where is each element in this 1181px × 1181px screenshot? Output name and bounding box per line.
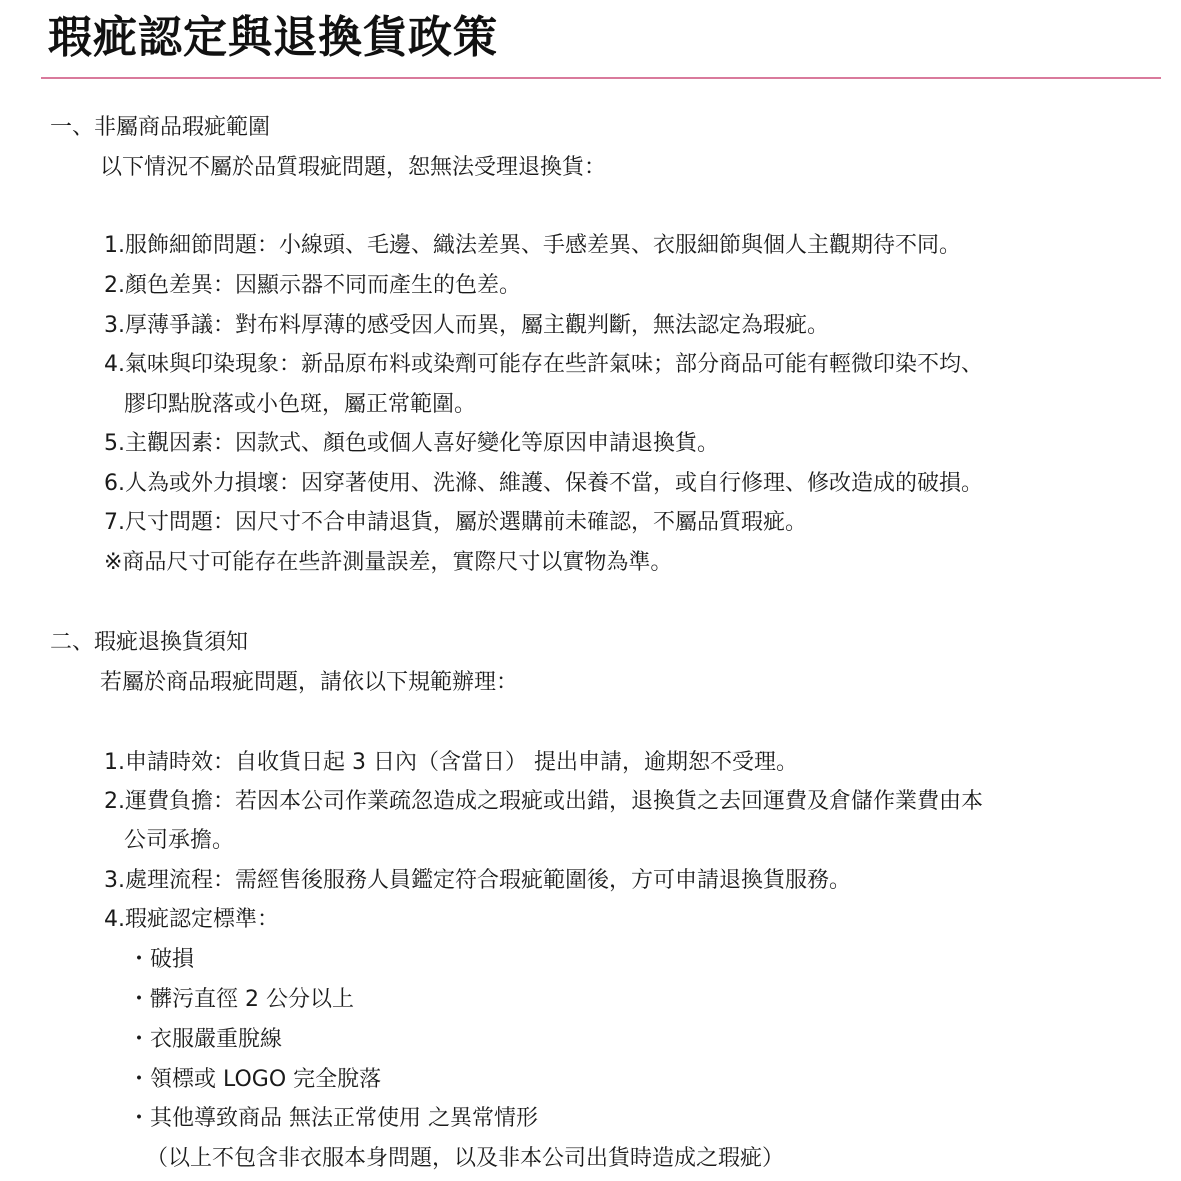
list-item: 6.人為或外力損壞：因穿著使用、洗滌、維護、保養不當，或自行修理、修改造成的破損… [104, 469, 983, 499]
list-item: 3.厚薄爭議：對布料厚薄的感受因人而異，屬主觀判斷，無法認定為瑕疵。 [104, 311, 829, 341]
section-intro: 以下情況不屬於品質瑕疵問題，恕無法受理退換貨： [100, 153, 606, 183]
criteria-bullet: ・衣服嚴重脫線 [128, 1025, 282, 1055]
list-item: 7.尺寸問題：因尺寸不合申請退貨，屬於選購前未確認，不屬品質瑕疵。 [104, 508, 807, 538]
list-item-continuation: 膠印點脫落或小色斑，屬正常範圍。 [124, 390, 476, 420]
section-heading-non-defect: 一、非屬商品瑕疵範圍 [50, 113, 270, 143]
criteria-bullet: ・破損 [128, 945, 194, 975]
list-item: 4.瑕疵認定標準： [104, 905, 279, 935]
list-item: 3.處理流程：需經售後服務人員鑑定符合瑕疵範圍後，方可申請退換貨服務。 [104, 866, 851, 896]
exclusion-note: （以上不包含非衣服本身問題，以及非本公司出貨時造成之瑕疵） [146, 1144, 784, 1174]
page-title: 瑕疵認定與退換貨政策 [48, 8, 498, 68]
criteria-bullet: ・領標或 LOGO 完全脫落 [128, 1065, 381, 1095]
list-item: 5.主觀因素：因款式、顏色或個人喜好變化等原因申請退換貨。 [104, 429, 719, 459]
list-item: 1.申請時效：自收貨日起 3 日內（含當日） 提出申請，逾期恕不受理。 [104, 748, 798, 778]
list-item: 2.運費負擔：若因本公司作業疏忽造成之瑕疵或出錯，退換貨之去回運費及倉儲作業費由… [104, 787, 983, 817]
list-item: 2.顏色差異：因顯示器不同而產生的色差。 [104, 271, 521, 301]
criteria-bullet: ・髒污直徑 2 公分以上 [128, 985, 354, 1015]
title-divider [41, 77, 1161, 79]
section-heading-defect-returns: 二、瑕疵退換貨須知 [50, 628, 248, 658]
list-item-continuation: 公司承擔。 [124, 826, 234, 856]
list-item: 4.氣味與印染現象：新品原布料或染劑可能存在些許氣味；部分商品可能有輕微印染不均… [104, 350, 983, 380]
size-note: ※商品尺寸可能存在些許測量誤差，實際尺寸以實物為準。 [104, 548, 672, 578]
criteria-bullet: ・其他導致商品 無法正常使用 之異常情形 [128, 1104, 538, 1134]
section-intro: 若屬於商品瑕疵問題，請依以下規範辦理： [100, 668, 518, 698]
list-item: 1.服飾細節問題：小線頭、毛邊、織法差異、手感差異、衣服細節與個人主觀期待不同。 [104, 231, 961, 261]
